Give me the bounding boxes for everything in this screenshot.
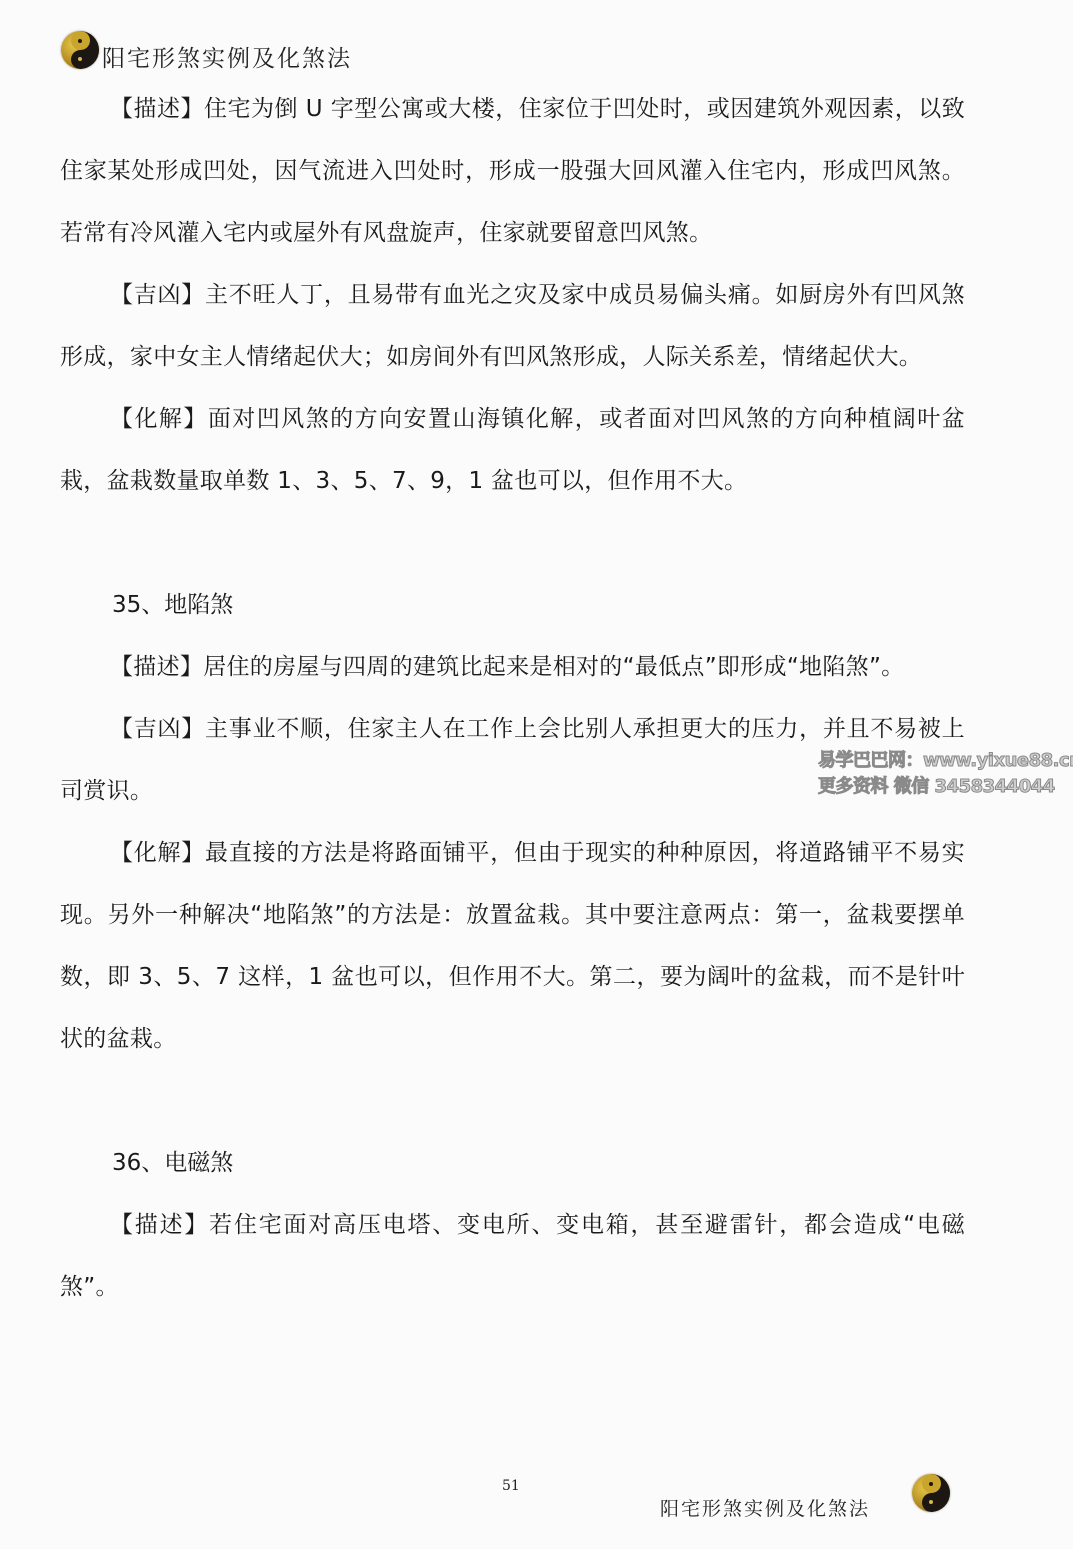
watermark-line-1: 易学巴巴网：www.yixue88.cn — [818, 748, 1073, 774]
paragraph-remedy: 【化解】面对凹风煞的方向安置山海镇化解，或者面对凹风煞的方向种植阔叶盆栽，盆栽数… — [60, 388, 965, 512]
paragraph-description: 【描述】居住的房屋与四周的建筑比起来是相对的“最低点”即形成“地陷煞”。 — [60, 636, 965, 698]
paragraph-description: 【描述】住宅为倒 U 字型公寓或大楼，住家位于凹处时，或因建筑外观因素，以致住家… — [60, 78, 965, 264]
watermark: 易学巴巴网：www.yixue88.cn 更多资料 微信 3458344044 — [818, 748, 1073, 800]
section-title-35: 35、地陷煞 — [60, 574, 965, 636]
paragraph-fortune: 【吉凶】主不旺人丁，且易带有血光之灾及家中成员易偏头痛。如厨房外有凹风煞形成，家… — [60, 264, 965, 388]
taiji-icon — [61, 31, 99, 69]
section-title-36: 36、电磁煞 — [60, 1132, 965, 1194]
page-number: 51 — [502, 1478, 520, 1494]
watermark-line-2: 更多资料 微信 3458344044 — [818, 774, 1073, 800]
paragraph-remedy: 【化解】最直接的方法是将路面铺平，但由于现实的种种原因，将道路铺平不易实现。另外… — [60, 822, 965, 1070]
taiji-icon — [912, 1474, 950, 1512]
header-title: 阳宅形煞实例及化煞法 — [102, 40, 352, 73]
paragraph-description: 【描述】若住宅面对高压电塔、变电所、变电箱，甚至避雷针，都会造成“电磁煞”。 — [60, 1194, 965, 1318]
document-body: 【描述】住宅为倒 U 字型公寓或大楼，住家位于凹处时，或因建筑外观因素，以致住家… — [60, 78, 965, 1318]
footer-title: 阳宅形煞实例及化煞法 — [660, 1494, 870, 1521]
